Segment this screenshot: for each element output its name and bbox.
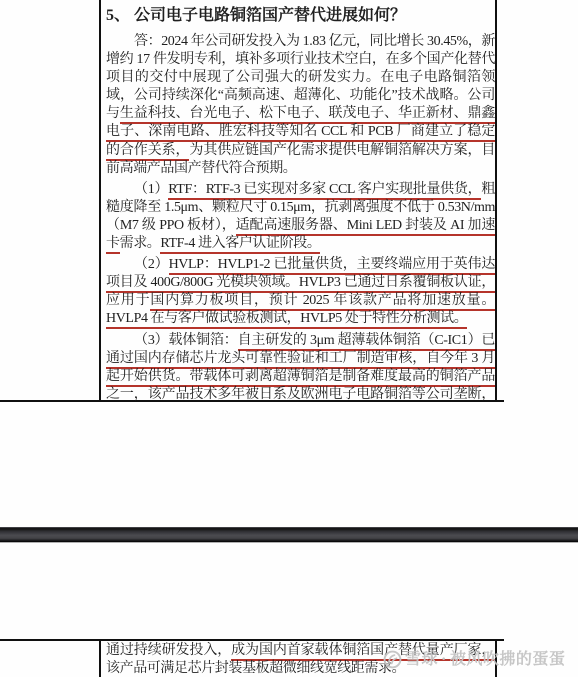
document-text-column: 5、 公司电子电路铜箔国产替代进展如何？ 答：2024 年公司研发投入为 1.8… <box>106 4 495 402</box>
red-underlined-text: RTF：RTF-3 已实现对多家 CCL 客户实现批量供货， <box>168 182 481 200</box>
document-text-column: 通过持续研发投入，成为国内首家载体铜箔国产替代量产厂家，该产品可满足芯片封装基板… <box>106 642 495 677</box>
document-page-bottom-fragment: 通过持续研发投入，成为国内首家载体铜箔国产替代量产厂家，该产品可满足芯片封装基板… <box>0 639 578 677</box>
plain-text: （3）载体铜箔： <box>134 333 238 348</box>
screenshot-canvas: 5、 公司电子电路铜箔国产替代进展如何？ 答：2024 年公司研发投入为 1.8… <box>0 0 578 677</box>
plain-text: 应用于 <box>106 293 150 308</box>
table-border-right <box>495 0 497 402</box>
carrier-foil-paragraph: （3）载体铜箔：自主研发的 3μm 超薄载体铜箔（C-IC1）已通过国内存储芯片… <box>106 332 495 403</box>
carrier-foil-continued-paragraph: 通过持续研发投入，成为国内首家载体铜箔国产替代量产厂家，该产品可满足芯片封装基板… <box>106 642 495 677</box>
hvlp-paragraph: （2）HVLP：HVLP1-2 已批量供货，主要终端应用于英伟达项目及 400G… <box>106 256 495 328</box>
question-heading: 5、 公司电子电路铜箔国产替代进展如何？ <box>106 4 495 28</box>
red-underlined-text: 成为国内首家载体铜箔国产替代量产厂家， <box>231 643 495 661</box>
table-border-left <box>99 0 101 402</box>
red-underlined-text: 国内算力板项目，预计 2025 年该款产品将加速放量。HVLP4 在与客户做试验… <box>106 293 495 329</box>
page-divider-bar <box>0 527 578 543</box>
table-border-right <box>495 639 497 677</box>
plain-text: 该产品可满足芯片封装基板超微细线宽线距需求。 <box>106 661 405 676</box>
rtf-paragraph: （1）RTF：RTF-3 已实现对多家 CCL 客户实现批量供货，粗糙度降至 1… <box>106 181 495 253</box>
plain-text: 需求。 <box>120 236 161 251</box>
document-page-top-fragment: 5、 公司电子电路铜箔国产替代进展如何？ 答：2024 年公司研发投入为 1.8… <box>0 0 578 402</box>
answer-paragraph: 答：2024 年公司研发投入为 1.83 亿元，同比增长 30.45%，新增约 … <box>106 33 495 178</box>
plain-text: （1） <box>134 182 168 197</box>
table-border-top <box>0 639 504 641</box>
plain-text: 通过持续研发投入， <box>106 643 231 658</box>
plain-text: （2） <box>134 257 169 272</box>
table-border-left <box>99 639 101 677</box>
plain-text: 该产品技术多年被日系及欧洲电子电路铜箔等公司垄断，公司 <box>106 387 495 402</box>
red-underlined-text: RTF-4 进入客户认证阶段。 <box>160 236 320 254</box>
